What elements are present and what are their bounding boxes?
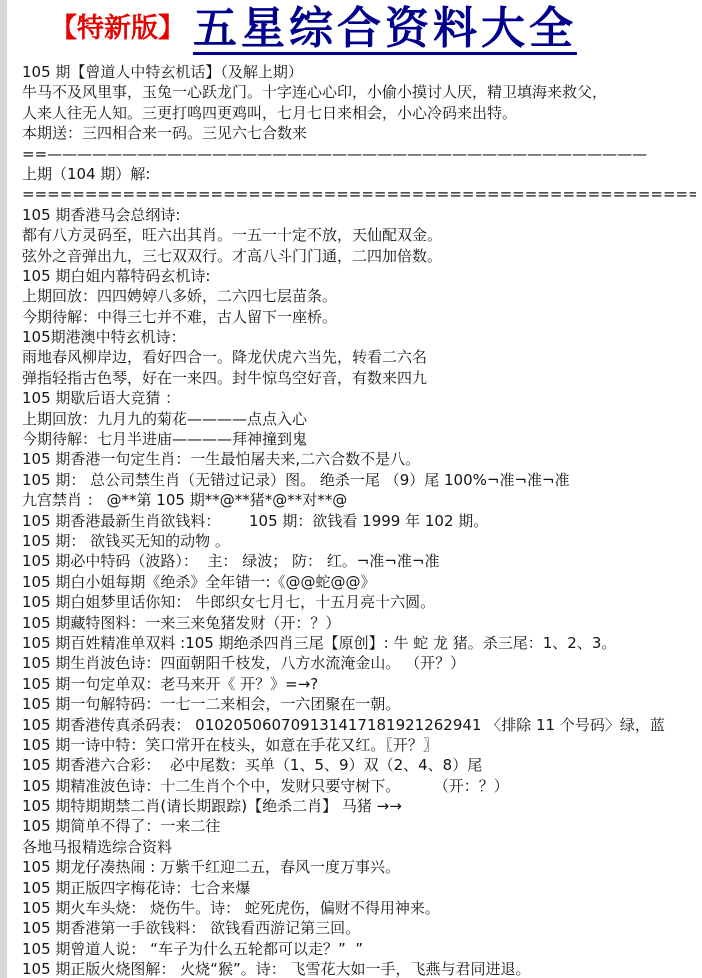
text-line: 105 期白小姐每期《绝杀》全年错一:《@@蛇@@》	[22, 572, 696, 592]
text-line: 弹指轻指古色琴，好在一来四。封牛惊鸟空好音，有数来四九	[22, 368, 696, 388]
text-line: 105期港澳中特玄机诗：	[22, 327, 696, 347]
text-line: 雨地春风柳岸边，看好四合一。降龙伏虎六当先，转看二六名	[22, 347, 696, 367]
text-line: 105 期生肖波色诗：四面朝阳千枝发，八方水流淹金山。 （开？）	[22, 653, 696, 673]
page-left-margin	[0, 0, 7, 978]
text-line: 105 期百姓精准单双料 :105 期绝杀四肖三尾【原创】: 牛 蛇 龙 猪。杀…	[22, 633, 696, 653]
text-line: 105 期： 欲钱买无知的动物 。	[22, 531, 696, 551]
text-line: 105 期香港马会总纲诗:	[22, 205, 696, 225]
text-line: 上期回放：九月九的菊花————点点入心	[22, 409, 696, 429]
text-line: 牛马不及风里事，玉兔一心跃龙门。十字连心心印，小偷小摸讨人厌，精卫填海来救父，	[22, 82, 696, 102]
page-header: 【特新版】五星综合资料大全	[0, 0, 702, 58]
text-line: 105 期一句定单双：老马来开《 开？》=→?	[22, 674, 696, 694]
text-line: 今期待解：中得三七并不难，古人留下一座桥。	[22, 307, 696, 327]
text-line: 105 期香港传真杀码表： 01020506070913141718192126…	[22, 715, 696, 735]
text-line: 各地马报精选综合资料	[22, 837, 696, 857]
text-line: 上期回放：四四娉婷八多娇，二六四七层苗条。	[22, 286, 696, 306]
text-line: 105 期龙仔凑热闹 : 万紫千红迎二五，春风一度万事兴。	[22, 857, 696, 877]
text-line: 105 期白姐内幕特码玄机诗:	[22, 266, 696, 286]
text-line: 105 期香港最新生肖欲钱料： 105 期：欲钱看 1999 年 102 期。	[22, 511, 696, 531]
text-line: 105 期正版四字梅花诗：七合来爆	[22, 878, 696, 898]
text-line: ========================================…	[22, 184, 696, 204]
page-title: 五星综合资料大全	[193, 7, 577, 55]
text-line: 105 期简单不得了：一来二往	[22, 816, 696, 836]
text-line: 都有八方灵码至，旺六出其肖。一五一十定不放，天仙配双金。	[22, 225, 696, 245]
text-line: ==——————————————————————————————————————…	[22, 144, 696, 164]
text-line: 105 期火车头烧： 烧伤牛。诗： 蛇死虎伤，偏财不得用神来。	[22, 898, 696, 918]
text-line: 人来人往无人知。三更打鸣四更鸡叫，七月七日来相会，小心冷码来出特。	[22, 103, 696, 123]
text-line: 105 期一诗中特：笑口常开在枝头，如意在手花又红。〖开？〗	[22, 735, 696, 755]
text-line: 本期送：三四相合来一码。三见六七合数来	[22, 123, 696, 143]
text-line: 105 期： 总公司禁生肖（无错过记录）图。 绝杀一尾 （9）尾 100%¬准¬…	[22, 470, 696, 490]
text-line: 105 期【曾道人中特玄机话】（及解上期）	[22, 62, 696, 82]
text-line: 105 期必中特码（波路）： 主： 绿波； 防： 红。¬准¬准¬准	[22, 551, 696, 571]
text-line: 105 期精准波色诗：十二生肖个个中，发财只要守树下。 （开：？）	[22, 776, 696, 796]
text-line: 九宫禁肖 ： @**第 105 期**@**猪*@**对**@	[22, 490, 696, 510]
text-line: 105 期特期期禁二肖(请长期跟踪)【绝杀二肖】 马猪 →→	[22, 796, 696, 816]
text-line: 105 期藏特图料：一来三来兔猪发财（开：？）	[22, 613, 696, 633]
edition-badge: 【特新版】	[50, 6, 185, 45]
text-line: 上期（104 期）解:	[22, 164, 696, 184]
text-line: 105 期一句解特码：一七一二来相会，一六团聚在一朝。	[22, 694, 696, 714]
text-line: 105 期歇后语大竞猜 ：	[22, 388, 696, 408]
text-line: 105 期香港一句定生肖：一生最怕屠夫来,二六合数不是八。	[22, 449, 696, 469]
text-line: 105 期白姐梦里话你知： 牛郎织女七月七，十五月亮十六圆。	[22, 592, 696, 612]
text-line: 105 期正版火烧图解： 火烧“猴”。诗： 飞雪花大如一手，飞燕与君同进退。	[22, 959, 696, 978]
text-line: 弦外之音弹出九，三七双双行。才高八斗门门通，二四加倍数。	[22, 246, 696, 266]
text-line: 今期待解：七月半进庙————拜神撞到鬼	[22, 429, 696, 449]
text-line: 105 期曾道人说： “车子为什么五轮都可以走？” ”	[22, 939, 696, 959]
text-line: 105 期香港第一手欲钱料： 欲钱看西游记第三回。	[22, 918, 696, 938]
text-line: 105 期香港六合彩： 必中尾数：买单（1、5、9）双（2、4、8）尾	[22, 755, 696, 775]
content-lines: 105 期【曾道人中特玄机话】（及解上期）牛马不及风里事，玉兔一心跃龙门。十字连…	[0, 58, 702, 978]
lottery-info-page: 【特新版】五星综合资料大全 105 期【曾道人中特玄机话】（及解上期）牛马不及风…	[0, 0, 702, 978]
